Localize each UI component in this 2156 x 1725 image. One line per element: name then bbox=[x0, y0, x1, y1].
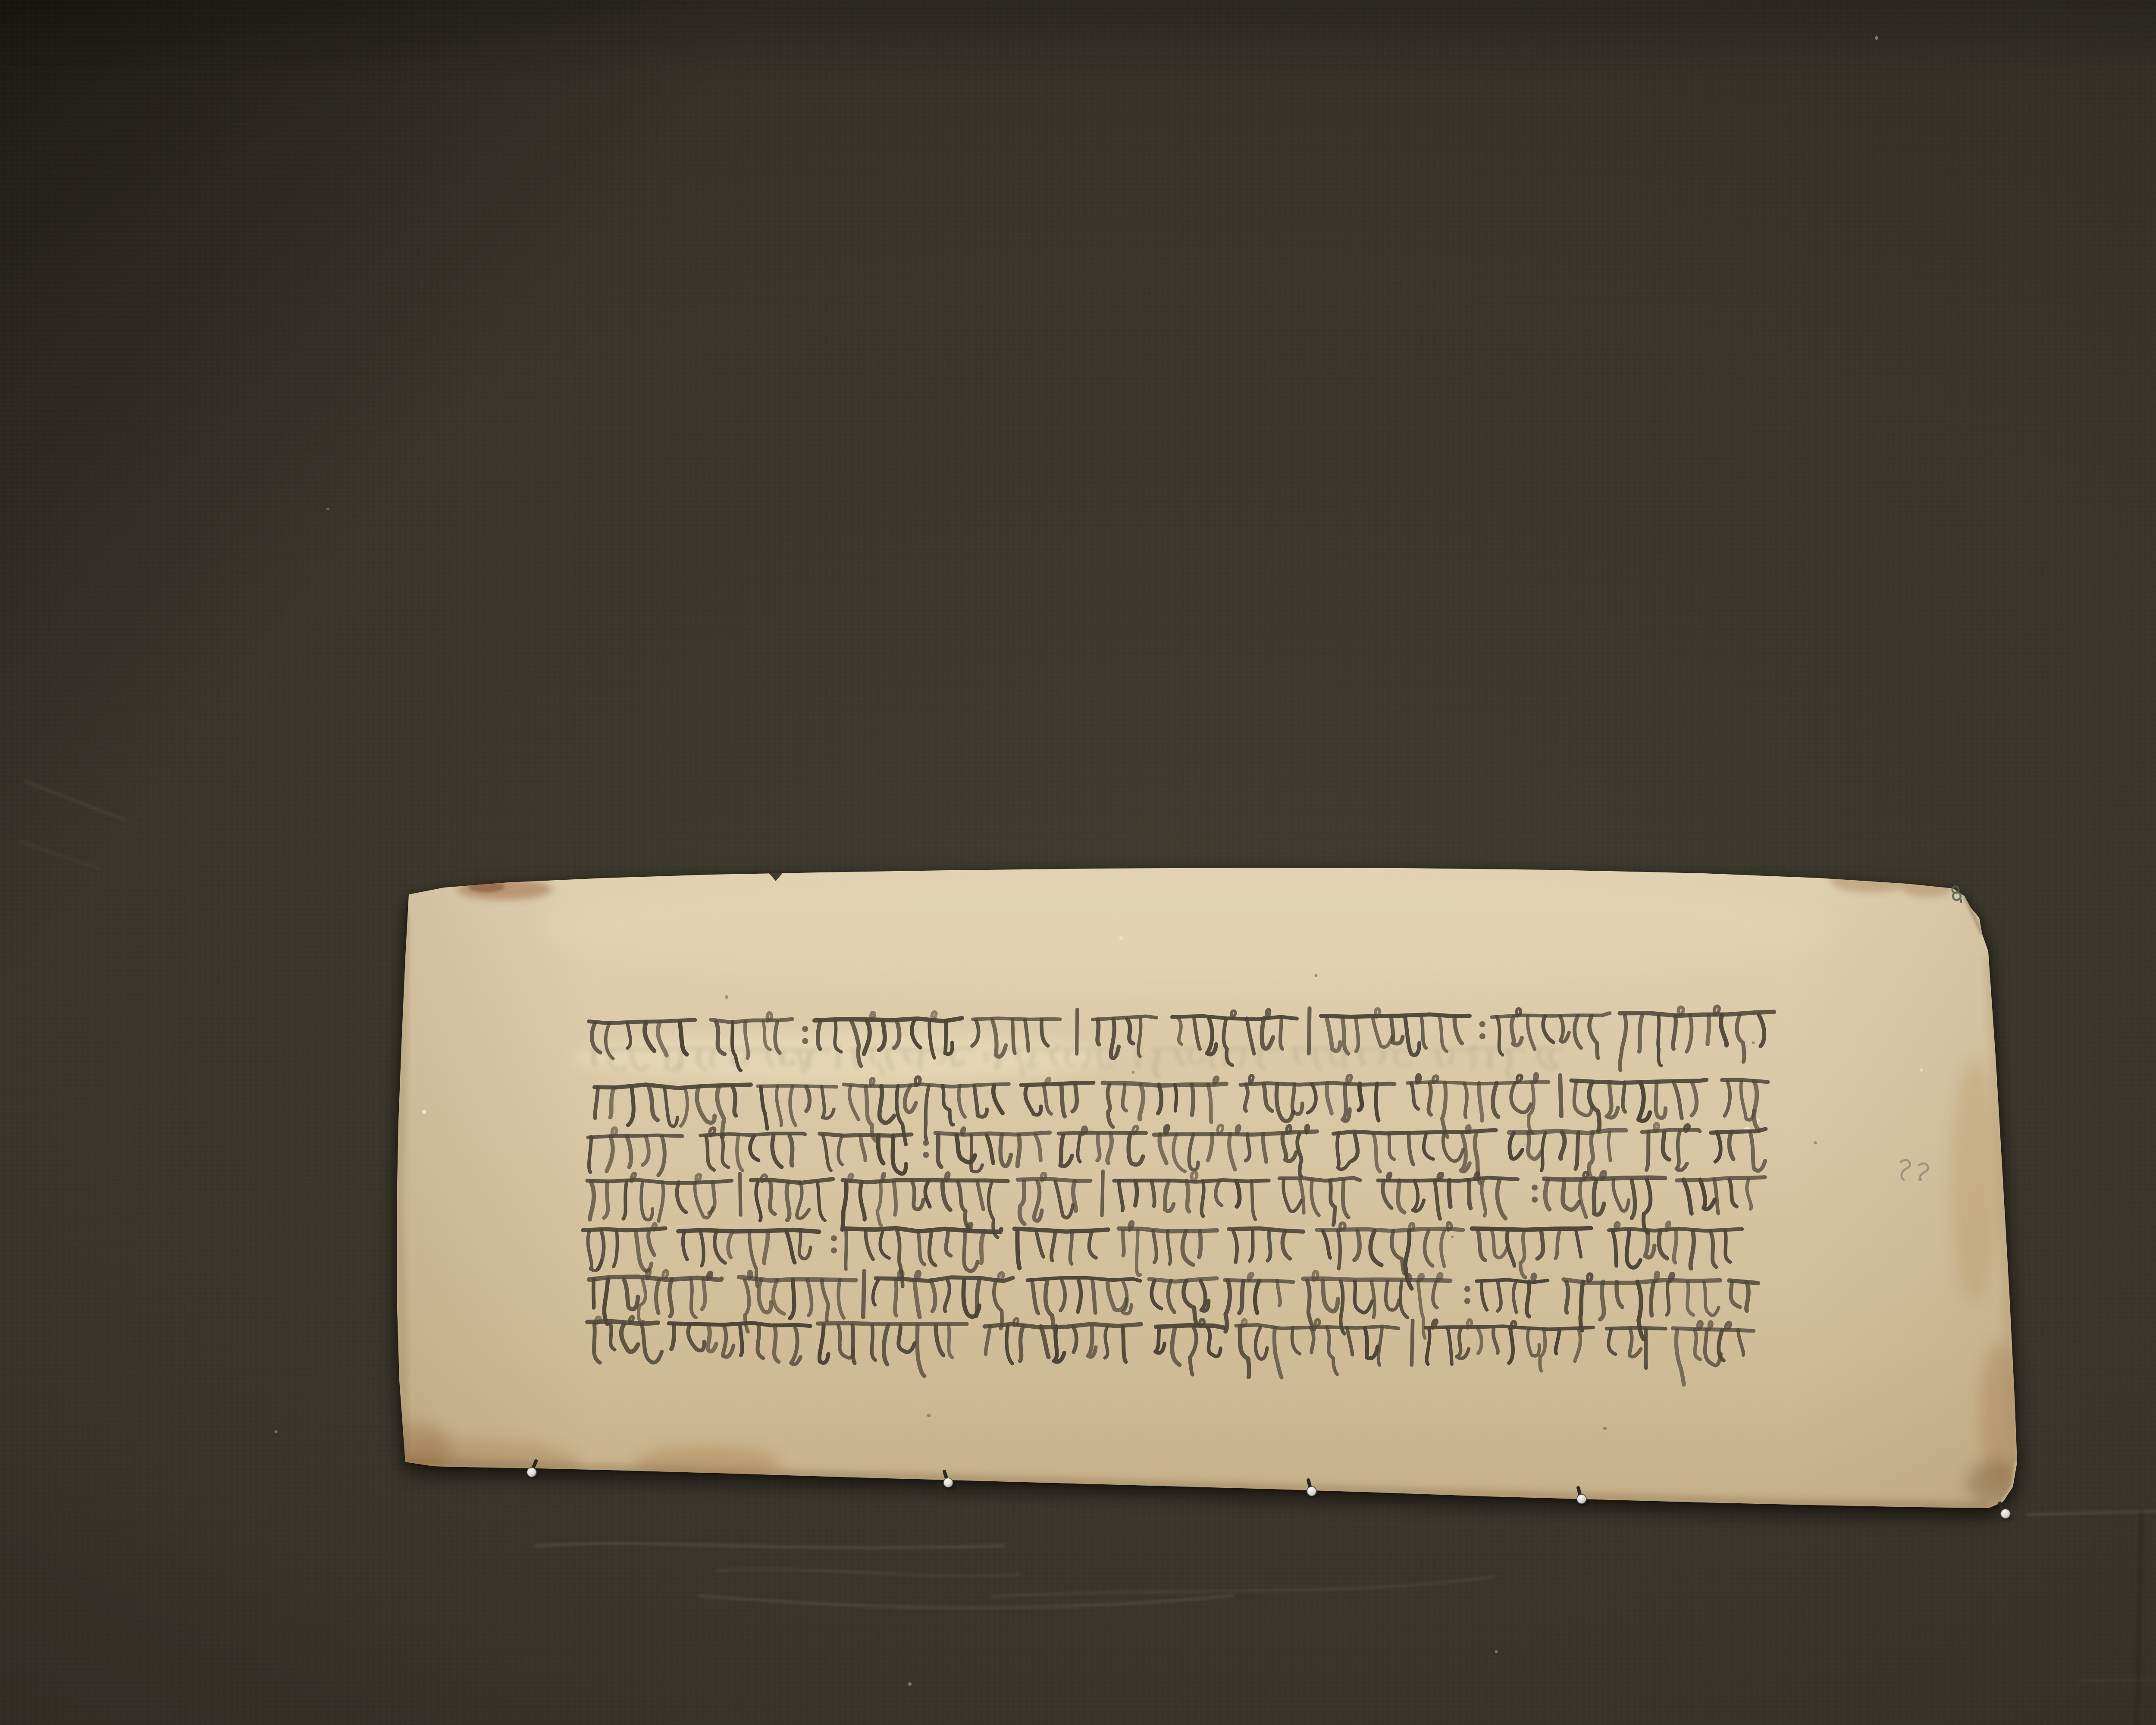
ink-stroke bbox=[610, 1088, 614, 1117]
ink-stroke bbox=[1190, 1327, 1196, 1374]
ink-stroke bbox=[1015, 1229, 1109, 1232]
manuscript-text-block: গায়ত্রী ছন্দঃ শনির্দেবতা শনিপ্রীতয়ে বি… bbox=[0, 0, 2156, 1725]
ink-stroke bbox=[1076, 1010, 1077, 1054]
ink-stroke bbox=[1615, 1223, 1619, 1230]
ink-stroke bbox=[1133, 1126, 1138, 1134]
ink-stroke bbox=[1172, 1327, 1180, 1365]
ink-stroke bbox=[1576, 1231, 1581, 1257]
ink-stroke bbox=[683, 1231, 687, 1259]
ink-stroke bbox=[1492, 1231, 1507, 1258]
ink-stroke bbox=[884, 1326, 888, 1364]
ink-stroke bbox=[732, 1022, 741, 1071]
ink-stroke bbox=[865, 1231, 873, 1259]
ink-stroke bbox=[1277, 1281, 1280, 1305]
ink-stroke bbox=[723, 1325, 733, 1357]
ink-stroke bbox=[1747, 1179, 1751, 1209]
ink-stroke bbox=[688, 1324, 705, 1350]
ink-stroke bbox=[1438, 1274, 1442, 1281]
ink-stroke bbox=[1497, 1016, 1502, 1055]
ink-stroke bbox=[1379, 1328, 1382, 1365]
ink-stroke bbox=[821, 1086, 834, 1118]
ink-stroke bbox=[1359, 1084, 1362, 1110]
ink-stroke bbox=[932, 1012, 936, 1020]
ink-stroke bbox=[763, 1022, 770, 1050]
ink-stroke bbox=[1287, 1126, 1291, 1133]
ink-stroke bbox=[728, 1231, 733, 1258]
ink-stroke bbox=[1466, 1299, 1469, 1302]
ink-stroke bbox=[1300, 1181, 1304, 1213]
ink-stroke bbox=[899, 1271, 903, 1280]
ink-stroke bbox=[1509, 1329, 1513, 1363]
ink-stroke bbox=[1623, 1082, 1625, 1112]
ink-stroke bbox=[1223, 1019, 1232, 1066]
ink-stroke bbox=[1093, 1016, 1156, 1019]
ink-stroke bbox=[774, 1325, 779, 1361]
ink-stroke bbox=[819, 1325, 828, 1363]
ink-stroke bbox=[1715, 1132, 1721, 1162]
ink-stroke bbox=[806, 1086, 810, 1111]
ink-stroke bbox=[653, 1223, 656, 1230]
ink-stroke bbox=[1376, 1009, 1380, 1017]
ink-stroke bbox=[1707, 1015, 1709, 1044]
ink-stroke bbox=[1574, 1016, 1581, 1048]
ink-stroke bbox=[1738, 1330, 1743, 1355]
ink-stroke bbox=[1466, 1287, 1469, 1290]
ink-stroke bbox=[1242, 1319, 1246, 1327]
ink-stroke bbox=[1313, 1271, 1318, 1280]
ink-stroke bbox=[1175, 1085, 1177, 1111]
ink-stroke bbox=[1467, 1126, 1470, 1132]
ink-stroke bbox=[1498, 1282, 1501, 1311]
ink-stroke bbox=[1306, 1125, 1309, 1133]
ink-stroke bbox=[1729, 1132, 1733, 1159]
ink-stroke bbox=[611, 1324, 615, 1349]
ink-stroke bbox=[1206, 1019, 1216, 1054]
ink-stroke bbox=[1613, 1180, 1629, 1211]
ink-stroke bbox=[592, 1023, 600, 1053]
ink-stroke bbox=[924, 1142, 928, 1145]
ink-stroke bbox=[925, 1182, 930, 1207]
ink-stroke bbox=[1282, 1134, 1296, 1161]
ink-stroke bbox=[647, 1270, 650, 1279]
ink-stroke bbox=[873, 1280, 878, 1305]
ink-stroke bbox=[1152, 1181, 1155, 1206]
ink-stroke bbox=[710, 1128, 715, 1136]
ink-stroke bbox=[1159, 1134, 1166, 1163]
ink-stroke bbox=[1178, 1019, 1181, 1044]
ink-stroke bbox=[1659, 1231, 1667, 1258]
ink-stroke bbox=[1308, 1008, 1310, 1054]
ink-stroke bbox=[1129, 1222, 1133, 1230]
ink-stroke bbox=[758, 1325, 763, 1358]
ink-stroke bbox=[1391, 1017, 1403, 1044]
ink-stroke bbox=[1311, 1328, 1314, 1352]
ink-stroke bbox=[1089, 1231, 1096, 1258]
ink-stroke bbox=[1135, 1181, 1137, 1206]
ink-stroke bbox=[1694, 1330, 1700, 1359]
ink-stroke bbox=[1054, 1327, 1065, 1362]
ink-stroke bbox=[1078, 1135, 1080, 1162]
ink-stroke bbox=[851, 1021, 861, 1066]
ink-stroke bbox=[1036, 1231, 1044, 1257]
ink-stroke bbox=[680, 1022, 686, 1054]
ink-stroke bbox=[1327, 1328, 1338, 1374]
ink-stroke bbox=[1630, 1330, 1641, 1357]
ink-stroke bbox=[1478, 1231, 1485, 1260]
ink-stroke bbox=[1482, 1281, 1487, 1310]
ink-stroke bbox=[1388, 1173, 1391, 1180]
ink-stroke bbox=[962, 1128, 964, 1135]
ink-stroke bbox=[1517, 1075, 1522, 1082]
ink-stroke bbox=[649, 1231, 655, 1255]
ink-stroke bbox=[1535, 1074, 1538, 1082]
ink-stroke bbox=[750, 1136, 758, 1160]
ink-stroke bbox=[1327, 1084, 1332, 1113]
ink-stroke bbox=[977, 1182, 983, 1210]
ink-stroke bbox=[1199, 1231, 1201, 1257]
ink-stroke bbox=[1759, 1015, 1764, 1046]
ink-stroke bbox=[1035, 1135, 1040, 1160]
ink-stroke bbox=[1721, 1015, 1727, 1045]
ink-stroke bbox=[1685, 1125, 1689, 1131]
ink-stroke bbox=[711, 1019, 793, 1022]
ink-stroke bbox=[1244, 1084, 1247, 1111]
ink-stroke bbox=[1417, 1075, 1420, 1083]
ink-stroke bbox=[1218, 1125, 1223, 1134]
ink-stroke bbox=[1107, 1135, 1112, 1163]
ink-stroke bbox=[1608, 1329, 1615, 1354]
ink-stroke bbox=[1262, 1018, 1273, 1049]
ink-stroke bbox=[946, 1231, 951, 1256]
ink-stroke bbox=[642, 1324, 662, 1363]
ink-stroke bbox=[594, 1324, 600, 1363]
ink-stroke bbox=[627, 1022, 631, 1048]
ink-stroke bbox=[912, 1182, 923, 1209]
ink-stroke bbox=[1156, 1325, 1225, 1328]
ink-stroke bbox=[1155, 1327, 1165, 1353]
ink-stroke bbox=[1645, 1330, 1646, 1368]
ink-stroke bbox=[1307, 1084, 1316, 1113]
ink-stroke bbox=[1041, 1327, 1049, 1357]
ink-stroke bbox=[1433, 1076, 1438, 1083]
ink-stroke bbox=[791, 1325, 801, 1364]
ink-stroke bbox=[1737, 1015, 1744, 1062]
handwriting-stroke bbox=[586, 1302, 1778, 1390]
ink-stroke bbox=[1208, 1134, 1212, 1160]
ink-stroke bbox=[861, 1135, 865, 1160]
ink-stroke bbox=[1342, 1018, 1348, 1054]
ink-stroke bbox=[1216, 1181, 1222, 1205]
ink-stroke bbox=[1373, 1017, 1392, 1047]
ink-stroke bbox=[878, 1135, 883, 1164]
ink-stroke bbox=[1187, 1181, 1189, 1211]
ink-stroke bbox=[740, 1325, 743, 1355]
ink-stroke bbox=[949, 1326, 953, 1357]
ink-stroke bbox=[605, 1023, 613, 1059]
ink-stroke bbox=[1158, 1085, 1161, 1113]
ink-stroke bbox=[1467, 1320, 1471, 1328]
ink-stroke bbox=[1239, 1327, 1249, 1377]
ink-stroke bbox=[1229, 1228, 1303, 1232]
ink-stroke bbox=[1214, 1077, 1218, 1084]
ink-stroke bbox=[879, 1021, 885, 1050]
ink-stroke bbox=[912, 1021, 920, 1048]
ink-stroke bbox=[1443, 1133, 1463, 1161]
ink-stroke bbox=[745, 1022, 749, 1058]
ink-stroke bbox=[844, 1084, 1009, 1087]
ink-stroke bbox=[1666, 1222, 1670, 1230]
ink-stroke bbox=[929, 1020, 934, 1058]
ink-stroke bbox=[1698, 1321, 1702, 1329]
ink-stroke bbox=[1014, 1318, 1018, 1326]
ink-stroke bbox=[1478, 1329, 1482, 1353]
ink-stroke bbox=[1532, 1274, 1535, 1281]
ink-stroke bbox=[733, 1087, 736, 1116]
ink-stroke bbox=[1025, 1020, 1028, 1051]
ink-stroke bbox=[1266, 1009, 1270, 1018]
ink-stroke bbox=[1111, 1019, 1119, 1058]
ink-stroke bbox=[1556, 1329, 1560, 1354]
ink-stroke bbox=[1152, 1280, 1162, 1308]
ink-stroke bbox=[1352, 1133, 1358, 1161]
ink-stroke bbox=[864, 1021, 870, 1054]
ink-stroke bbox=[1510, 1133, 1523, 1159]
ink-stroke bbox=[1292, 1084, 1303, 1114]
ink-stroke bbox=[767, 1013, 771, 1021]
ink-stroke bbox=[1044, 1085, 1051, 1114]
ink-stroke bbox=[1412, 1320, 1413, 1365]
ink-stroke bbox=[1354, 1231, 1360, 1260]
ink-stroke bbox=[709, 1182, 714, 1213]
ink-stroke bbox=[1533, 1186, 1536, 1189]
ink-stroke bbox=[1709, 1322, 1712, 1330]
ink-stroke bbox=[1263, 1134, 1266, 1162]
ink-stroke bbox=[1356, 1018, 1358, 1052]
ink-stroke bbox=[1438, 1173, 1442, 1180]
ink-stroke bbox=[1589, 1016, 1598, 1058]
ink-stroke bbox=[1561, 1132, 1565, 1158]
ink-stroke bbox=[1719, 1330, 1724, 1361]
ink-stroke bbox=[894, 1021, 899, 1048]
ink-stroke bbox=[677, 1182, 686, 1212]
ink-stroke bbox=[1088, 1327, 1096, 1357]
ink-stroke bbox=[1447, 1223, 1451, 1230]
ink-stroke bbox=[1563, 1180, 1579, 1210]
ink-stroke bbox=[1475, 1173, 1479, 1179]
ink-stroke bbox=[1411, 1083, 1419, 1109]
ink-stroke bbox=[1236, 1181, 1240, 1207]
ink-stroke bbox=[1533, 1198, 1536, 1201]
ink-stroke bbox=[1670, 1273, 1673, 1282]
ink-stroke bbox=[1097, 1019, 1099, 1044]
ink-stroke bbox=[1279, 1178, 1360, 1181]
ink-stroke bbox=[1419, 1274, 1423, 1281]
ink-stroke bbox=[1511, 1016, 1522, 1045]
ink-stroke bbox=[835, 1021, 841, 1052]
ink-stroke bbox=[1194, 1019, 1200, 1049]
ink-stroke bbox=[916, 1271, 920, 1280]
ink-stroke bbox=[1556, 1231, 1560, 1258]
ink-stroke bbox=[1051, 1231, 1055, 1261]
ink-stroke bbox=[1327, 1018, 1340, 1051]
ink-stroke bbox=[1714, 1179, 1718, 1214]
ink-stroke bbox=[799, 1231, 811, 1259]
ink-stroke bbox=[775, 1022, 780, 1053]
ink-stroke bbox=[1292, 1328, 1300, 1354]
ink-stroke bbox=[1282, 1231, 1290, 1259]
ink-stroke bbox=[946, 1173, 949, 1181]
ink-stroke bbox=[1246, 1134, 1250, 1160]
ink-stroke bbox=[1365, 1328, 1378, 1358]
ink-stroke bbox=[1663, 1132, 1669, 1160]
ink-stroke bbox=[1247, 1018, 1254, 1054]
ink-stroke bbox=[1676, 1330, 1684, 1385]
ink-stroke bbox=[1334, 1130, 1496, 1134]
ink-stroke bbox=[973, 1018, 1060, 1020]
ink-stroke bbox=[1726, 1322, 1730, 1330]
ink-stroke bbox=[975, 1085, 987, 1117]
ink-stroke bbox=[1517, 1009, 1521, 1016]
ink-stroke bbox=[972, 1020, 979, 1046]
ink-stroke bbox=[1439, 1017, 1447, 1051]
ink-stroke bbox=[1730, 1179, 1737, 1207]
ink-stroke bbox=[1062, 1085, 1065, 1117]
photo-stage: ৪ ১১ গায়ত্রী ছন্দঃ শনির্দেবতা শনিপ্রীতয… bbox=[0, 0, 2156, 1725]
ink-stroke bbox=[1746, 1282, 1749, 1311]
ink-stroke bbox=[1249, 1075, 1253, 1084]
ink-stroke bbox=[1405, 1017, 1420, 1055]
ink-stroke bbox=[1025, 1085, 1041, 1115]
ink-stroke bbox=[1315, 1320, 1319, 1327]
ink-stroke bbox=[1481, 1035, 1484, 1038]
ink-stroke bbox=[1645, 1231, 1655, 1258]
ink-stroke bbox=[843, 1180, 1008, 1182]
ink-stroke bbox=[758, 1085, 837, 1087]
ink-stroke bbox=[1303, 1279, 1450, 1281]
ink-stroke bbox=[1149, 1278, 1217, 1282]
ink-stroke bbox=[899, 1326, 915, 1352]
ink-stroke bbox=[818, 1021, 820, 1049]
ink-stroke bbox=[658, 1022, 667, 1056]
ink-stroke bbox=[1477, 1280, 1548, 1283]
ink-stroke bbox=[1457, 1329, 1469, 1358]
ink-stroke bbox=[1192, 1172, 1197, 1181]
ink-stroke bbox=[595, 1084, 751, 1088]
ink-stroke bbox=[663, 1270, 667, 1279]
ink-stroke bbox=[696, 1174, 700, 1182]
ink-stroke bbox=[621, 1324, 638, 1352]
ink-stroke bbox=[1250, 1231, 1253, 1261]
manuscript-line-7: মাপঃ প্রবহত যৎ কিঞ্চিদ্ দুরিতং ময়ি। যদ্… bbox=[586, 1302, 1778, 1390]
ink-stroke bbox=[1601, 1172, 1605, 1179]
ink-stroke bbox=[1122, 1327, 1126, 1362]
ink-stroke bbox=[1340, 1223, 1345, 1230]
ink-stroke bbox=[1006, 1326, 1012, 1364]
ink-stroke bbox=[1655, 1123, 1658, 1132]
ink-stroke bbox=[1673, 1328, 1753, 1331]
ink-stroke bbox=[1527, 1016, 1535, 1050]
ink-stroke bbox=[1207, 1327, 1221, 1357]
ink-stroke bbox=[716, 1022, 725, 1054]
ink-stroke bbox=[1192, 1085, 1194, 1115]
ink-stroke bbox=[1274, 1327, 1282, 1377]
ink-stroke bbox=[1655, 1272, 1659, 1281]
ink-stroke bbox=[1588, 1274, 1592, 1281]
ink-stroke bbox=[905, 1086, 916, 1112]
ink-stroke bbox=[595, 1088, 598, 1118]
ink-stroke bbox=[804, 1027, 807, 1030]
ink-stroke bbox=[852, 1325, 855, 1363]
ink-stroke bbox=[1454, 1017, 1462, 1044]
ink-stroke bbox=[1424, 1133, 1433, 1159]
ink-stroke bbox=[1429, 1083, 1431, 1115]
ink-stroke bbox=[1264, 1084, 1272, 1111]
ink-stroke bbox=[1608, 1132, 1610, 1161]
ink-stroke bbox=[1021, 1083, 1094, 1085]
ink-stroke bbox=[1714, 1006, 1720, 1015]
ink-stroke bbox=[1472, 1228, 1591, 1230]
ink-stroke bbox=[1449, 1180, 1450, 1207]
ink-stroke bbox=[1413, 1180, 1424, 1211]
ink-stroke bbox=[987, 1135, 993, 1163]
ink-stroke bbox=[1511, 1083, 1531, 1113]
ink-stroke bbox=[936, 1326, 943, 1355]
ink-stroke bbox=[1560, 1076, 1561, 1116]
ink-stroke bbox=[1433, 1281, 1437, 1308]
ink-stroke bbox=[1575, 1329, 1580, 1361]
ink-stroke bbox=[671, 1324, 674, 1349]
ink-stroke bbox=[1012, 1020, 1015, 1053]
ink-stroke bbox=[915, 1077, 920, 1085]
ink-stroke bbox=[1658, 1016, 1661, 1066]
ink-stroke bbox=[1448, 1328, 1452, 1364]
ink-stroke bbox=[992, 1020, 1006, 1057]
ink-stroke bbox=[999, 1273, 1003, 1280]
ink-stroke bbox=[968, 1223, 972, 1230]
ink-stroke bbox=[959, 1085, 965, 1117]
ink-stroke bbox=[1686, 1015, 1692, 1051]
ink-stroke bbox=[1560, 1016, 1569, 1042]
ink-stroke bbox=[1127, 1019, 1133, 1044]
ink-stroke bbox=[1123, 1231, 1124, 1255]
ink-stroke bbox=[1280, 1018, 1282, 1049]
ink-stroke bbox=[1673, 1015, 1676, 1049]
ink-stroke bbox=[1427, 1328, 1430, 1364]
ink-stroke bbox=[1543, 1016, 1553, 1042]
ink-stroke bbox=[1097, 1135, 1100, 1160]
ink-stroke bbox=[1642, 1130, 1700, 1132]
ink-stroke bbox=[1122, 1085, 1126, 1111]
ink-stroke bbox=[1528, 1329, 1539, 1356]
ink-stroke bbox=[1347, 1075, 1351, 1083]
ink-stroke bbox=[871, 1013, 875, 1021]
ink-stroke bbox=[818, 1323, 967, 1324]
ink-stroke bbox=[1233, 1231, 1237, 1262]
ink-stroke bbox=[1383, 1180, 1392, 1208]
ink-stroke bbox=[1073, 1181, 1076, 1211]
ink-stroke bbox=[1388, 1133, 1394, 1160]
ink-stroke bbox=[1020, 1326, 1023, 1361]
ink-stroke bbox=[882, 1173, 884, 1181]
ink-stroke bbox=[935, 1132, 1050, 1135]
ink-stroke bbox=[1083, 1127, 1087, 1134]
ink-stroke bbox=[924, 1154, 928, 1157]
ink-stroke bbox=[1607, 1327, 1665, 1329]
ink-stroke bbox=[943, 1182, 950, 1210]
ink-stroke bbox=[1138, 1019, 1141, 1057]
ink-stroke bbox=[1469, 1180, 1470, 1208]
ink-stroke bbox=[1232, 1011, 1235, 1018]
